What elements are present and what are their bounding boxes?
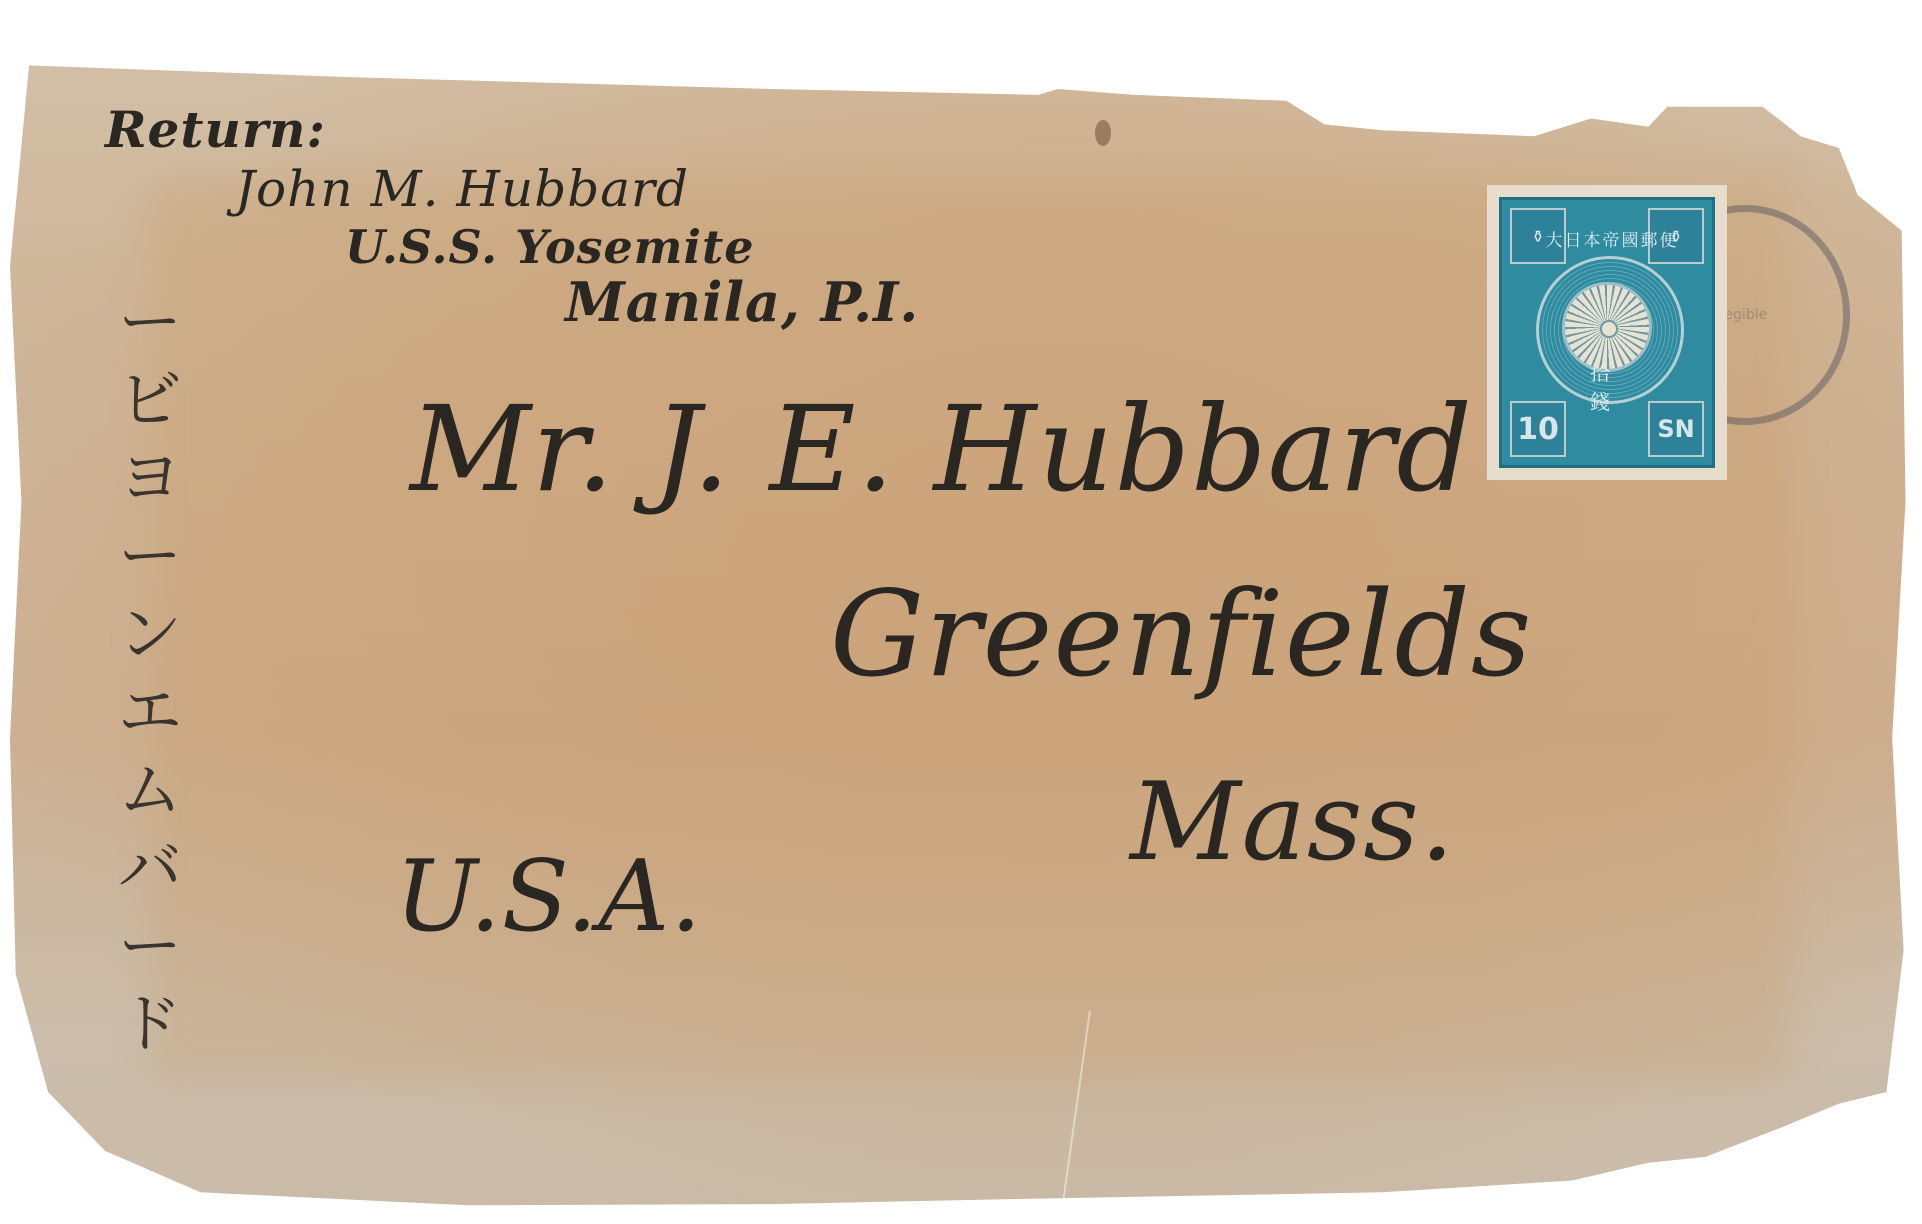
stamp-frame: ⚱ ⚱ 大日本帝國郵便 拾 錢 10 SN	[1499, 197, 1715, 468]
return-label: Return:	[105, 100, 326, 159]
recipient-name: Mr. J. E. Hubbard	[410, 380, 1473, 518]
katakana-char: ー	[118, 519, 182, 595]
return-ship: U.S.S. Yosemite	[345, 220, 754, 274]
stamp-inscription: 大日本帝國郵便	[1532, 226, 1692, 251]
stamp-value-right: SN	[1648, 401, 1704, 457]
katakana-char: ー	[118, 285, 182, 361]
recipient-country: U.S.A.	[395, 840, 702, 954]
katakana-char: ム	[118, 753, 182, 829]
katakana-char: エ	[118, 675, 182, 751]
katakana-char: ヨ	[118, 441, 182, 517]
katakana-char: バ	[118, 831, 182, 907]
recipient-state: Mass.	[1130, 760, 1455, 885]
return-city: Manila, P.I.	[565, 270, 919, 334]
katakana-char: ー	[118, 909, 182, 985]
stamp-value-kanji: 拾 錢	[1562, 357, 1662, 415]
postage-stamp: ⚱ ⚱ 大日本帝國郵便 拾 錢 10 SN	[1487, 185, 1727, 480]
stamp-value-left: 10	[1510, 401, 1566, 457]
ink-spot	[1095, 120, 1111, 146]
katakana-annotation: ー ビ ヨ ー ン エ ム バ ー ド	[105, 285, 195, 1063]
katakana-char: ビ	[118, 363, 182, 439]
return-name: John M. Hubbard	[235, 160, 689, 218]
recipient-city: Greenfields	[830, 565, 1532, 703]
katakana-char: ン	[118, 597, 182, 673]
katakana-char: ド	[118, 987, 182, 1063]
